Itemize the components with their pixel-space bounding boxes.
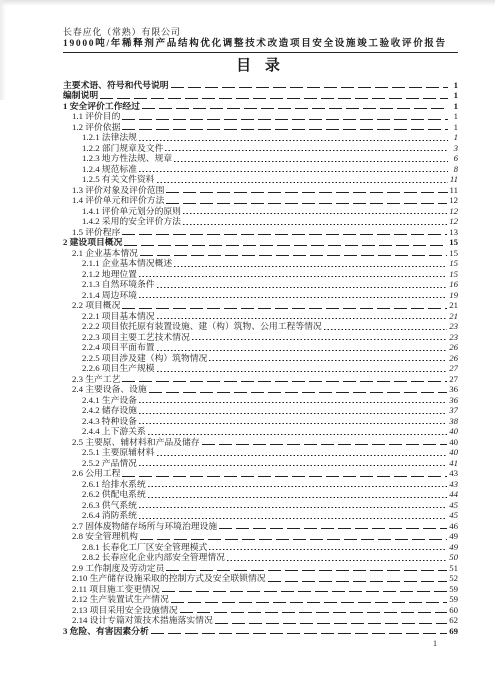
toc-entry-page-number: 51 [449, 563, 458, 573]
toc-leader-line [219, 528, 447, 529]
toc-entry: 1.4.1 评价单元划分的原则 12 [63, 205, 458, 216]
toc-entry-label: 2.2 项目概况 [72, 300, 120, 310]
toc-entry: 2.2.1 项目基本情况 21 [63, 310, 458, 321]
scanned-document-page: 长春应化（常熟）有限公司 19000吨/年稀释剂产品结构优化调整技术改造项目安全… [0, 0, 495, 695]
toc-entry-label: 2.1.1 企业基本情况概述 [82, 258, 172, 268]
toc-leader-line [324, 329, 447, 330]
toc-leader-line [122, 476, 447, 477]
toc-entry-page-number: 40 [449, 426, 458, 436]
toc-leader-line [165, 150, 448, 151]
toc-entry: 1.2 评价依据 1 [63, 121, 458, 132]
toc-entry: 2 建设项目概况 15 [63, 237, 458, 248]
toc-entry-label: 2.4.2 储存设施 [82, 405, 137, 415]
toc-entry-page-number: 15 [449, 269, 458, 279]
toc-entry-page-number: 6 [450, 153, 458, 163]
toc-entry-page-number: 27 [449, 363, 458, 373]
toc-entry: 2.2.4 项目平面布置 26 [63, 342, 458, 353]
toc-entry: 1.3 评价对象及评价范围 11 [63, 184, 458, 195]
toc-entry: 2.6 公用工程 43 [63, 468, 458, 479]
toc-leader-line [183, 213, 447, 214]
toc-entry: 2.2.6 项目生产规模 27 [63, 363, 458, 374]
toc-entry-page-number: 52 [449, 573, 458, 583]
toc-entry-label: 2.7 固体废物储存场所与环境治理设施 [72, 521, 217, 531]
toc-entry: 2.10 生产储存设施采取的控制方式及安全联锁情况 52 [63, 573, 458, 584]
toc-entry-label: 2.2.5 项目涉及建（构）筑物情况 [82, 353, 207, 363]
toc-entry-page-number: 59 [449, 594, 458, 604]
toc-leader-line [171, 87, 448, 88]
toc-entry: 2.6.2 供配电系统 44 [63, 489, 458, 500]
toc-entry-label: 1.2.2 部门规章及文件 [82, 143, 163, 153]
toc-leader-line [139, 276, 447, 277]
toc-entry: 2.14 设计专篇对策技术措施落实情况 62 [63, 615, 458, 626]
toc-entry-label: 1.2.5 有关文件资料 [82, 174, 155, 184]
toc-leader-line [215, 623, 447, 624]
toc-entry-label: 主要术语、符号和代号说明 [63, 80, 169, 90]
toc-leader-line [122, 119, 448, 120]
toc-entry: 1.4.2 采用的安全评价方法 12 [63, 216, 458, 227]
toc-entry: 2.11 项目施工变更情况 59 [63, 583, 458, 594]
toc-entry-page-number: 43 [449, 468, 458, 478]
scan-top-shadow [0, 0, 495, 6]
footer-page-number: 1 [63, 639, 458, 648]
toc-entry-page-number: 38 [449, 416, 458, 426]
toc-entry-page-number: 12 [449, 206, 458, 216]
toc-entry: 2.9 工作制度及劳动定员 51 [63, 562, 458, 573]
toc-entry: 2.1 企业基本情况 15 [63, 247, 458, 258]
toc-leader-line [139, 413, 447, 414]
toc-entry-page-number: 21 [449, 311, 458, 321]
toc-entry: 2.4 主要设备、设施 36 [63, 384, 458, 395]
toc-leader-line [148, 486, 447, 487]
toc-entry-page-number: 15 [449, 237, 458, 247]
toc-leader-line [209, 360, 447, 361]
toc-entry-page-number: 36 [449, 395, 458, 405]
toc-entry-label: 1.4.2 采用的安全评价方法 [82, 216, 181, 226]
toc-entry-page-number: 12 [449, 195, 458, 205]
toc-entry-label: 2.4.4 上下游关系 [82, 426, 146, 436]
toc-entry-label: 2.4.1 生产设备 [82, 395, 137, 405]
toc-entry: 2.8 安全管理机构 49 [63, 531, 458, 542]
toc-leader-line [171, 602, 447, 603]
toc-entry-label: 1.2.4 规范标准 [82, 164, 137, 174]
toc-entry-page-number: 1 [450, 101, 458, 111]
toc-entry-label: 2.10 生产储存设施采取的控制方式及安全联锁情况 [72, 573, 266, 583]
toc-entry-label: 2.4.3 特种设备 [82, 416, 137, 426]
toc-entry: 2.12 生产装置试生产情况 59 [63, 594, 458, 605]
toc-entry-label: 2.9 工作制度及劳动定员 [72, 563, 164, 573]
toc-leader-line [140, 255, 447, 256]
toc-entry: 1.2.3 地方性法规、规章 6 [63, 153, 458, 164]
toc-entry-label: 1.2.1 法律法规 [82, 132, 137, 142]
toc-leader-line [157, 350, 448, 351]
toc-entry-label: 2.6.4 消防系统 [82, 510, 137, 520]
toc-leader-line [174, 161, 448, 162]
toc-entry-label: 2.2.6 项目生产规模 [82, 363, 155, 373]
toc-entry: 2.6.1 给排水系统 43 [63, 478, 458, 489]
toc-entry-page-number: 1 [450, 122, 458, 132]
toc-entry: 2.1.2 地理位置 15 [63, 268, 458, 279]
toc-leader-line [268, 581, 448, 582]
toc-entry: 2.4.2 储存设施 37 [63, 405, 458, 416]
toc-entry-page-number: 12 [449, 216, 458, 226]
toc-entry-page-number: 49 [449, 542, 458, 552]
toc-entry-label: 2.5.2 产品情况 [82, 458, 137, 468]
toc-entry-label: 3 危险、有害因素分析 [63, 626, 149, 636]
toc-entry-page-number: 69 [449, 626, 458, 636]
toc-entry-page-number: 59 [449, 584, 458, 594]
toc-heading: 目 录 [63, 57, 458, 75]
toc-entry-page-number: 1 [450, 90, 458, 100]
toc-entry-page-number: 15 [449, 258, 458, 268]
toc-entry-label: 1.1 评价目的 [72, 111, 120, 121]
toc-entry-label: 2.6 公用工程 [72, 468, 120, 478]
toc-leader-line [142, 108, 448, 109]
toc-entry-label: 1.2.3 地方性法规、规章 [82, 153, 172, 163]
toc-leader-line [183, 224, 447, 225]
toc-entry: 1 安全评价工作经过 1 [63, 100, 458, 111]
toc-entry: 2.1.4 周边环境 19 [63, 289, 458, 300]
toc-leader-line [124, 245, 447, 246]
toc-leader-line [151, 633, 447, 634]
toc-entry-page-number: 43 [449, 479, 458, 489]
toc-leader-line [202, 444, 448, 445]
toc-entry-page-number: 36 [449, 384, 458, 394]
toc-entry: 1.5 评价程序 13 [63, 226, 458, 237]
toc-entry-page-number: 40 [449, 447, 458, 457]
toc-entry-page-number: 23 [449, 332, 458, 342]
toc-entry: 2.6.3 供气系统 45 [63, 499, 458, 510]
toc-entry: 1.2.5 有关文件资料 11 [63, 174, 458, 185]
toc-leader-line [148, 497, 447, 498]
toc-entry-page-number: 11 [450, 174, 458, 184]
toc-leader-line [139, 507, 447, 508]
toc-entry-page-number: 15 [449, 248, 458, 258]
toc-entry-page-number: 37 [449, 405, 458, 415]
toc-entry-label: 2.11 项目施工变更情况 [72, 584, 160, 594]
toc-entry: 2.5 主要原、辅材料和产品及储存 40 [63, 436, 458, 447]
toc-entry: 2.7 固体废物储存场所与环境治理设施 46 [63, 520, 458, 531]
toc-entry: 1.2.1 法律法规 1 [63, 132, 458, 143]
toc-entry-label: 1.4.1 评价单元划分的原则 [82, 206, 181, 216]
toc-leader-line [166, 203, 447, 204]
toc-entry-label: 2.2.4 项目平面布置 [82, 342, 155, 352]
toc-leader-line [148, 434, 447, 435]
toc-entry: 1.1 评价目的 1 [63, 111, 458, 122]
toc-entry: 2.2.2 项目依托原有装置设施、建（构）筑物、公用工程等情况 23 [63, 321, 458, 332]
toc-leader-line [122, 381, 447, 382]
toc-entry: 2.2.3 项目主要工艺技术情况 23 [63, 331, 458, 342]
toc-entry-label: 2.14 设计专篇对策技术措施落实情况 [72, 615, 213, 625]
toc-entry-page-number: 11 [450, 185, 458, 195]
toc-entry-page-number: 45 [449, 500, 458, 510]
toc-entry-page-number: 44 [449, 489, 458, 499]
toc-entry-label: 1.2 评价依据 [72, 122, 120, 132]
toc-entry: 1.2.4 规范标准 8 [63, 163, 458, 174]
toc-entry-label: 1.5 评价程序 [72, 227, 120, 237]
toc-leader-line [149, 392, 447, 393]
toc-leader-line [157, 318, 448, 319]
toc-entry: 2.4.1 生产设备 36 [63, 394, 458, 405]
toc-leader-line [122, 129, 448, 130]
toc-entry-page-number: 1 [450, 111, 458, 121]
toc-leader-line [162, 591, 448, 592]
toc-entry: 2.8.2 长春应化企业内部安全管理情况 50 [63, 552, 458, 563]
toc-entry: 2.8.1 长春化工厂区安全管理模式 49 [63, 541, 458, 552]
toc-leader-line [180, 612, 448, 613]
toc-entry-page-number: 62 [449, 615, 458, 625]
toc-entry-page-number: 50 [449, 552, 458, 562]
toc-entry-label: 2.1.3 自然环境条件 [82, 279, 155, 289]
scan-corner-shadow [0, 0, 6, 100]
toc-leader-line [209, 549, 447, 550]
toc-leader-line [157, 287, 448, 288]
toc-entry-label: 2.6.2 供配电系统 [82, 489, 146, 499]
toc-entry-label: 2.8 安全管理机构 [72, 531, 138, 541]
toc-entry-page-number: 49 [449, 531, 458, 541]
toc-entry: 3 危险、有害因素分析 69 [63, 625, 458, 636]
toc-entry-page-number: 19 [449, 290, 458, 300]
toc-entry: 1.4 评价单元和评价方法 12 [63, 195, 458, 206]
toc-leader-line [140, 539, 447, 540]
toc-entry-label: 2.2.1 项目基本情况 [82, 311, 155, 321]
toc-entry-page-number: 1 [450, 80, 458, 90]
toc-entry-page-number: 46 [449, 521, 458, 531]
toc-entry: 2.3 生产工艺 27 [63, 373, 458, 384]
toc-entry-page-number: 3 [450, 143, 458, 153]
toc-leader-line [166, 192, 447, 193]
table-of-contents: 主要术语、符号和代号说明 1 编制说明 1 1 安全评价工作经过 1 1.1 评… [63, 79, 458, 636]
toc-leader-line [139, 423, 447, 424]
toc-entry-label: 编制说明 [63, 90, 98, 100]
header-company-name: 长春应化（常熟）有限公司 [63, 27, 458, 38]
toc-leader-line [139, 140, 448, 141]
toc-entry: 2.6.4 消防系统 45 [63, 510, 458, 521]
toc-entry-page-number: 27 [449, 374, 458, 384]
toc-entry: 2.4.3 特种设备 38 [63, 415, 458, 426]
toc-entry-page-number: 21 [449, 300, 458, 310]
toc-leader-line [139, 465, 447, 466]
toc-entry-label: 1.4 评价单元和评价方法 [72, 195, 164, 205]
toc-leader-line [157, 455, 448, 456]
toc-entry-label: 2.8.1 长春化工厂区安全管理模式 [82, 542, 207, 552]
toc-leader-line [157, 371, 448, 372]
toc-leader-line [100, 98, 448, 99]
toc-leader-line [227, 560, 447, 561]
toc-entry-page-number: 26 [449, 353, 458, 363]
toc-entry-label: 2.2.2 项目依托原有装置设施、建（构）筑物、公用工程等情况 [82, 321, 322, 331]
toc-leader-line [122, 234, 447, 235]
toc-entry-label: 2.4 主要设备、设施 [72, 384, 147, 394]
toc-entry-label: 2.1 企业基本情况 [72, 248, 138, 258]
toc-entry: 2.5.1 主要原辅材料 40 [63, 447, 458, 458]
toc-entry-label: 2.5.1 主要原辅材料 [82, 447, 155, 457]
toc-entry: 2.13 项目采用安全设施情况 60 [63, 604, 458, 615]
toc-leader-line [174, 266, 447, 267]
page-content: 长春应化（常熟）有限公司 19000吨/年稀释剂产品结构优化调整技术改造项目安全… [63, 27, 458, 648]
toc-leader-line [139, 518, 447, 519]
toc-entry: 2.2.5 项目涉及建（构）筑物情况 26 [63, 352, 458, 363]
toc-entry-label: 2.6.1 给排水系统 [82, 479, 146, 489]
toc-entry: 2.5.2 产品情况 41 [63, 457, 458, 468]
toc-entry-label: 2.13 项目采用安全设施情况 [72, 605, 178, 615]
toc-entry: 编制说明 1 [63, 90, 458, 101]
toc-entry-page-number: 60 [449, 605, 458, 615]
toc-entry-page-number: 13 [449, 227, 458, 237]
toc-entry-page-number: 8 [450, 164, 458, 174]
toc-leader-line [192, 339, 447, 340]
toc-entry-label: 2.3 生产工艺 [72, 374, 120, 384]
toc-leader-line [166, 570, 447, 571]
toc-entry-page-number: 45 [449, 510, 458, 520]
toc-entry-label: 2.1.4 周边环境 [82, 290, 137, 300]
toc-entry: 2.2 项目概况 21 [63, 300, 458, 311]
toc-entry-label: 2.2.3 项目主要工艺技术情况 [82, 332, 190, 342]
toc-entry-label: 2.6.3 供气系统 [82, 500, 137, 510]
header-report-title: 19000吨/年稀释剂产品结构优化调整技术改造项目安全设施竣工验收评价报告 [63, 38, 458, 53]
toc-entry-page-number: 40 [449, 437, 458, 447]
toc-entry-label: 1 安全评价工作经过 [63, 101, 140, 111]
toc-leader-line [139, 297, 447, 298]
toc-entry: 2.1.1 企业基本情况概述 15 [63, 258, 458, 269]
toc-leader-line [139, 402, 447, 403]
toc-entry-page-number: 26 [449, 342, 458, 352]
toc-leader-line [157, 182, 448, 183]
toc-entry-page-number: 23 [449, 321, 458, 331]
toc-entry-page-number: 41 [449, 458, 458, 468]
toc-entry: 2.1.3 自然环境条件 16 [63, 279, 458, 290]
toc-entry-label: 2.12 生产装置试生产情况 [72, 594, 169, 604]
toc-entry-label: 1.3 评价对象及评价范围 [72, 185, 164, 195]
toc-entry: 主要术语、符号和代号说明 1 [63, 79, 458, 90]
toc-entry-label: 2.8.2 长春应化企业内部安全管理情况 [82, 552, 225, 562]
toc-entry-label: 2.5 主要原、辅材料和产品及储存 [72, 437, 200, 447]
toc-entry-page-number: 1 [450, 132, 458, 142]
toc-entry-page-number: 16 [449, 279, 458, 289]
toc-leader-line [139, 171, 448, 172]
toc-leader-line [122, 308, 447, 309]
toc-entry: 2.4.4 上下游关系 40 [63, 426, 458, 437]
toc-entry-label: 2 建设项目概况 [63, 237, 122, 247]
toc-entry-label: 2.1.2 地理位置 [82, 269, 137, 279]
toc-entry: 1.2.2 部门规章及文件 3 [63, 142, 458, 153]
